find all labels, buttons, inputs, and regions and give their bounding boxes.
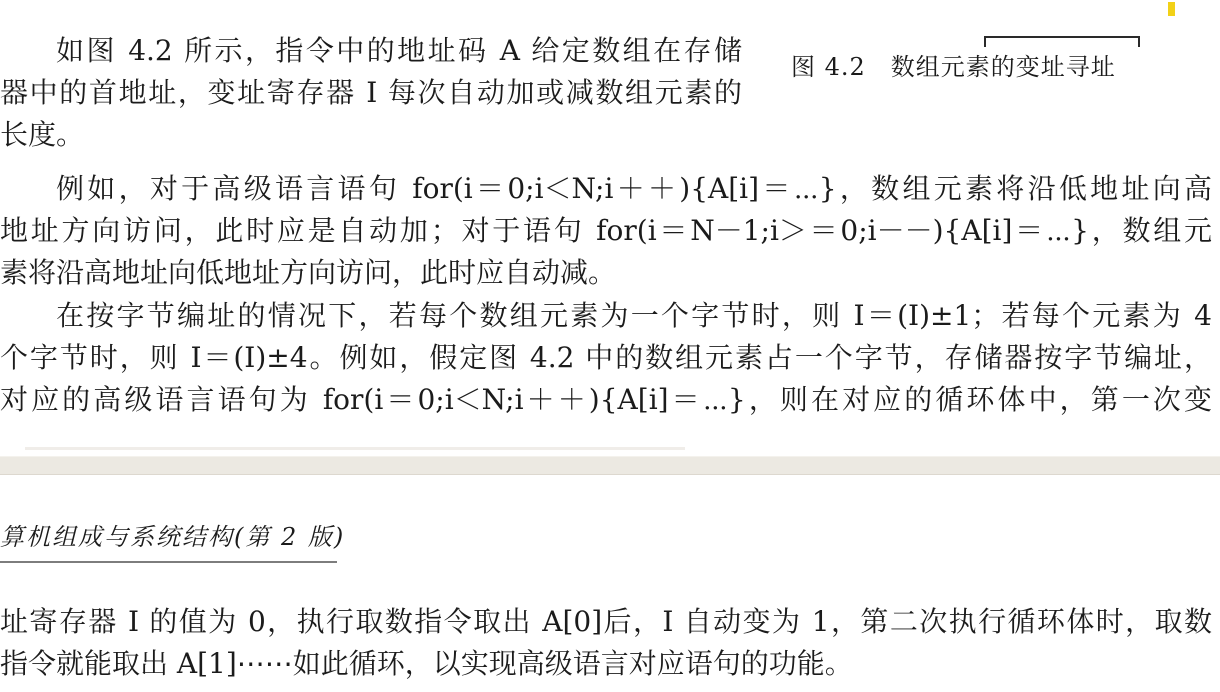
document-page: 图 4.2 数组元素的变址寻址 如图 4.2 所示，指令中的地址码 A 给定数组… bbox=[0, 0, 1220, 692]
highlight-marker bbox=[1168, 2, 1175, 16]
paragraph-3: 在按字节编址的情况下，若每个数组元素为一个字节时，则 I＝(I)±1；若每个元素… bbox=[0, 295, 1212, 421]
text-line: 在按字节编址的情况下，若每个数组元素为一个字节时，则 I＝(I)±1；若每个元素… bbox=[0, 295, 1212, 337]
text-line: 例如，对于高级语言语句 for(i＝0;i＜N;i＋＋){A[i]＝⋯}，数组元… bbox=[0, 168, 1212, 210]
running-head-rule bbox=[0, 561, 337, 563]
figure-caption: 图 4.2 数组元素的变址寻址 bbox=[791, 50, 1116, 84]
paragraph-1: 如图 4.2 所示，指令中的地址码 A 给定数组在存储 器中的首地址，变址寄存器… bbox=[0, 30, 742, 156]
text-line: 如图 4.2 所示，指令中的地址码 A 给定数组在存储 bbox=[0, 30, 742, 72]
text-line: 器中的首地址，变址寄存器 I 每次自动加或减数组元素的 bbox=[0, 72, 742, 114]
text-line: 长度。 bbox=[0, 114, 742, 156]
figure-bottom-bracket bbox=[984, 36, 1140, 47]
text-line: 址寄存器 I 的值为 0，执行取数指令取出 A[0]后，I 自动变为 1，第二次… bbox=[0, 601, 1212, 643]
text-line: 素将沿高地址向低地址方向访问，此时应自动减。 bbox=[0, 252, 1212, 294]
text-line: 地址方向访问，此时应是自动加；对于语句 for(i＝N－1;i＞＝0;i－－){… bbox=[0, 210, 1212, 252]
text-line: 对应的高级语言语句为 for(i＝0;i＜N;i＋＋){A[i]＝⋯}，则在对应… bbox=[0, 379, 1212, 421]
text-line: 个字节时，则 I＝(I)±4。例如，假定图 4.2 中的数组元素占一个字节，存储… bbox=[0, 337, 1212, 379]
page-gap-band bbox=[0, 456, 1220, 475]
paragraph-4: 址寄存器 I 的值为 0，执行取数指令取出 A[0]后，I 自动变为 1，第二次… bbox=[0, 601, 1212, 685]
scan-artifact bbox=[25, 447, 685, 450]
paragraph-2: 例如，对于高级语言语句 for(i＝0;i＜N;i＋＋){A[i]＝⋯}，数组元… bbox=[0, 168, 1212, 294]
text-line: 指令就能取出 A[1]⋯⋯如此循环，以实现高级语言对应语句的功能。 bbox=[0, 643, 1212, 685]
running-head: 算机组成与系统结构(第 2 版) bbox=[0, 520, 345, 554]
